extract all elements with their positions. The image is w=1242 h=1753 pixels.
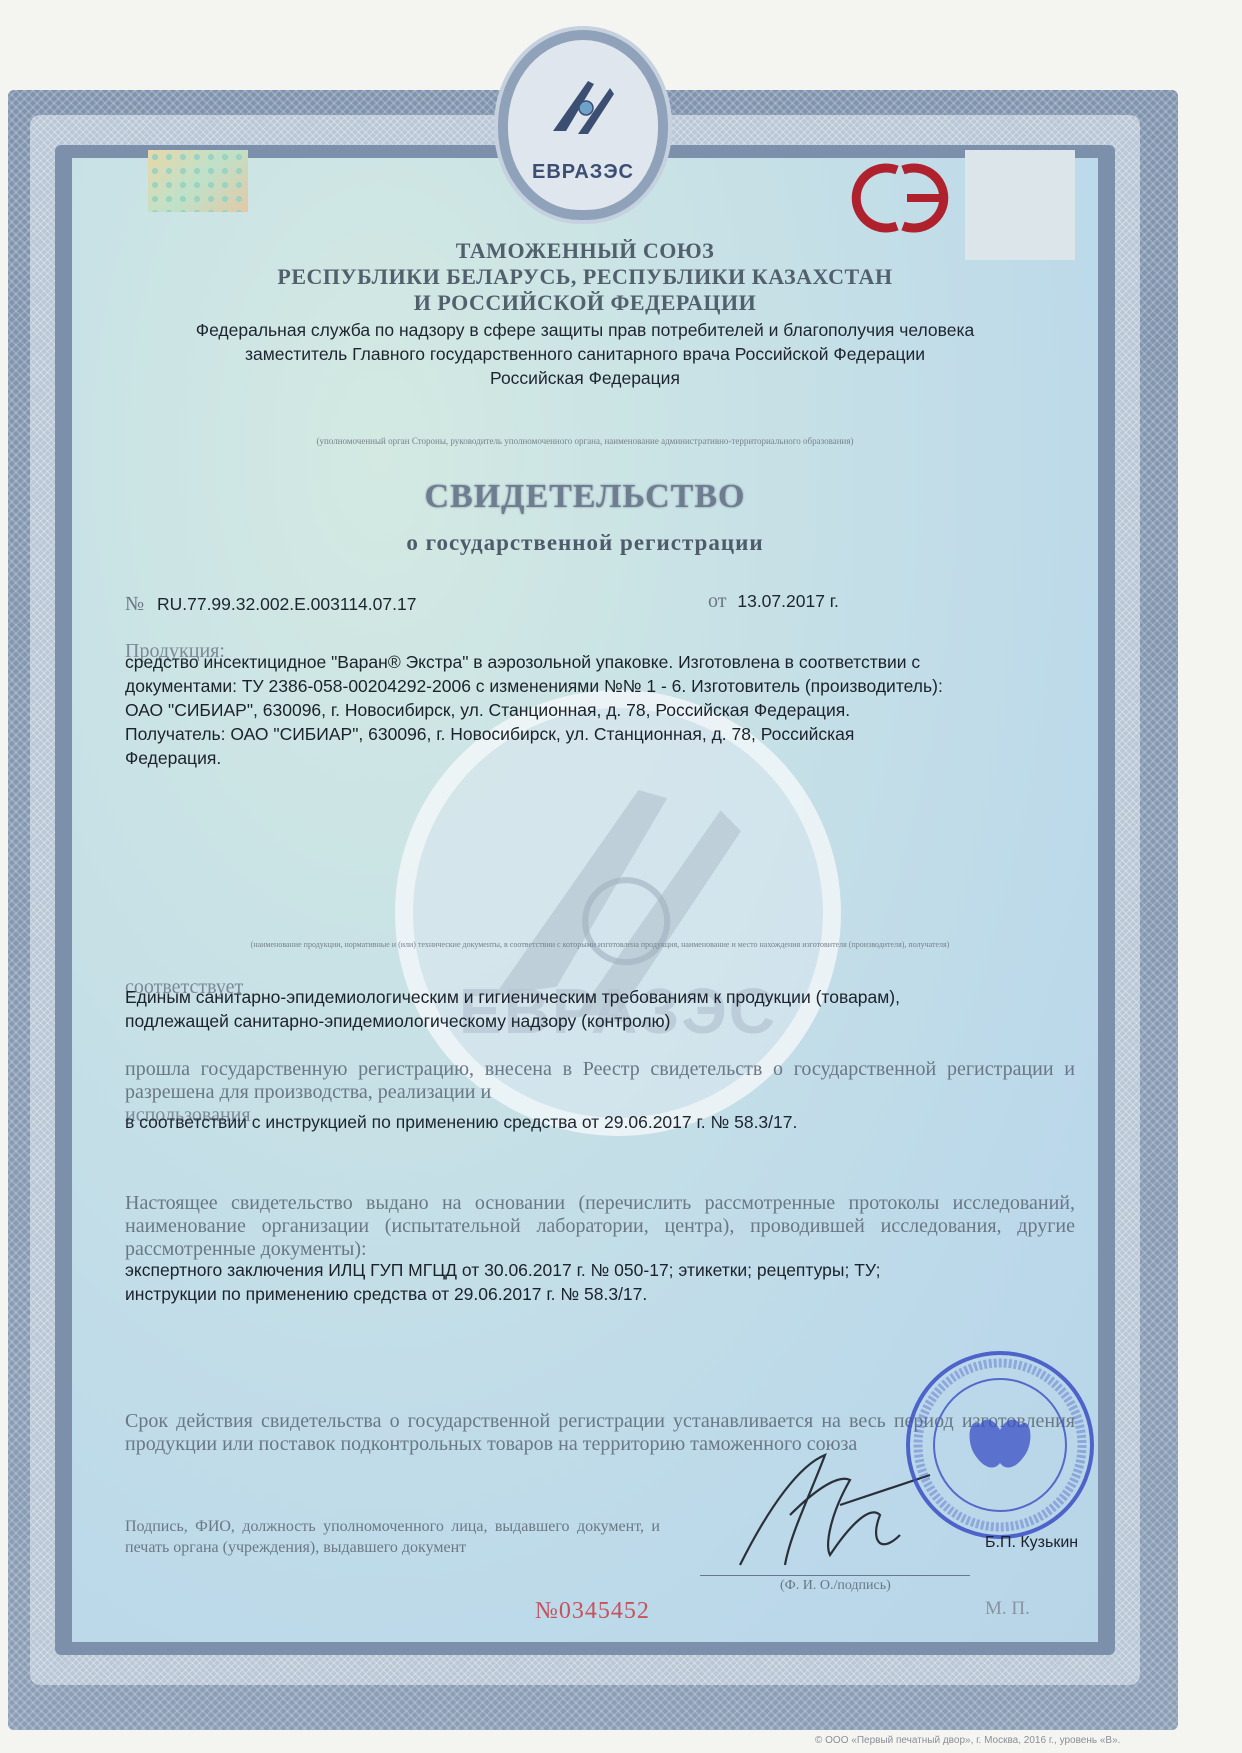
product-line: Получатель: ОАО "СИБИАР", 630096, г. Нов…	[125, 722, 1085, 746]
seal-place-label: М. П.	[985, 1598, 1030, 1620]
basis-line: инструкции по применению средства от 29.…	[125, 1282, 1085, 1306]
product-description: средство инсектицидное "Варан® Экстра" в…	[125, 650, 1085, 770]
hologram-sticker	[148, 150, 248, 212]
product-line: документами: ТУ 2386-058-00204292-2006 с…	[125, 674, 1085, 698]
product-line: средство инсектицидное "Варан® Экстра" в…	[125, 650, 1085, 674]
number-sign: №	[125, 593, 144, 615]
conformity-text: Единым санитарно-эпидемиологическим и ги…	[125, 985, 1085, 1033]
basis-line: экспертного заключения ИЛЦ ГУП МГЦД от 3…	[125, 1258, 1085, 1282]
authority-line3: Российская Федерация	[72, 368, 1098, 389]
union-title-line1: ТАМОЖЕННЫЙ СОЮЗ	[72, 238, 1098, 264]
eurasec-emblem: ЕВРАЗЭС	[498, 30, 668, 220]
date-prefix: от	[708, 590, 726, 612]
document-title: СВИДЕТЕЛЬСТВО	[72, 478, 1098, 516]
registration-number-row: № RU.77.99.32.002.E.003114.07.17	[125, 593, 416, 616]
signer-name: Б.П. Кузькин	[985, 1534, 1078, 1552]
union-title-line2: РЕСПУБЛИКИ БЕЛАРУСЬ, РЕСПУБЛИКИ КАЗАХСТА…	[72, 264, 1098, 290]
usage-text: в соответствии с инструкцией по применен…	[125, 1112, 797, 1133]
printer-imprint: © ООО «Первый печатный двор», г. Москва,…	[815, 1735, 1120, 1746]
authority-caption: (уполномоченный орган Стороны, руководит…	[72, 436, 1098, 446]
signature-line	[700, 1575, 970, 1576]
document-subtitle: о государственной регистрации	[72, 530, 1098, 556]
registration-number: RU.77.99.32.002.E.003114.07.17	[157, 594, 416, 614]
sanitary-epidemiological-mark-icon	[845, 158, 955, 238]
basis-documents: экспертного заключения ИЛЦ ГУП МГЦД от 3…	[125, 1258, 1085, 1306]
official-seal	[900, 1345, 1100, 1545]
signature-caption-left: Подпись, ФИО, должность уполномоченного …	[125, 1516, 660, 1558]
eurasec-logo-icon	[548, 76, 618, 136]
product-caption: (наименование продукции, нормативные и (…	[130, 940, 1070, 949]
form-serial-number: №0345452	[535, 1598, 650, 1625]
basis-statement: Настоящее свидетельство выдано на основа…	[125, 1192, 1075, 1261]
product-line: ОАО "СИБИАР", 630096, г. Новосибирск, ул…	[125, 698, 1085, 722]
authority-line1: Федеральная служба по надзору в сфере за…	[72, 320, 1098, 341]
product-line: Федерация.	[125, 746, 1085, 770]
emblem-label: ЕВРАЗЭС	[508, 161, 658, 184]
conformity-line: подлежащей санитарно-эпидемиологическому…	[125, 1009, 1085, 1033]
conformity-line: Единым санитарно-эпидемиологическим и ги…	[125, 985, 1085, 1009]
authority-line2: заместитель Главного государственного са…	[72, 344, 1098, 365]
registration-date-row: от 13.07.2017 г.	[708, 590, 839, 613]
union-title-line3: И РОССИЙСКОЙ ФЕДЕРАЦИИ	[72, 290, 1098, 316]
signature-line-caption: (Ф. И. О./подпись)	[780, 1578, 891, 1594]
registration-statement: прошла государственную регистрацию, внес…	[125, 1058, 1075, 1104]
double-headed-eagle-icon	[970, 1420, 1031, 1468]
registration-date: 13.07.2017 г.	[737, 591, 839, 611]
